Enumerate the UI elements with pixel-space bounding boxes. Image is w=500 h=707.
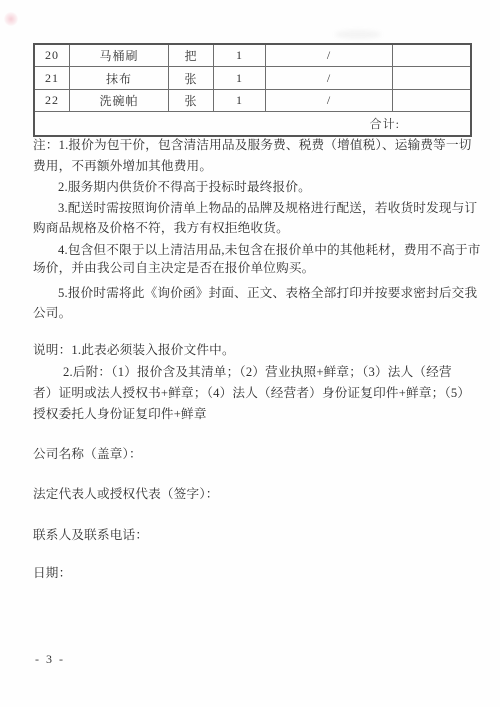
- table-cell: 抹布: [70, 67, 169, 90]
- text-line: 注：1.报价为包干价，包含清洁用品及服务费、税费（增值税）、运输费等一切: [33, 138, 472, 153]
- text-line: 公司名称（盖章）：: [33, 447, 142, 462]
- table-cell: 把: [169, 45, 214, 67]
- quotation-table: 20马桶刷把1/21抹布张1/22洗碗帕张1/ 合计:: [33, 43, 472, 137]
- table-total-row: 合计:: [35, 112, 470, 135]
- total-label: 合计:: [370, 115, 400, 132]
- table-cell: 马桶刷: [70, 45, 169, 67]
- text-line: 5.报价时需将此《询价函》封面、正文、表格全部打印并按要求密封后交我: [58, 286, 477, 301]
- page-number: - 3 -: [35, 652, 65, 667]
- text-line: 联系人及联系电话：: [33, 528, 148, 543]
- table-cell: 21: [35, 67, 70, 90]
- table-cell: 22: [35, 90, 70, 112]
- text-line: 者）证明或法人授权书+鲜章；（4）法人（经营者）身份证复印件+鲜章；（5）: [33, 386, 470, 401]
- table-cell: /: [266, 45, 393, 67]
- text-line: 购商品规格及价格不符，我方有权拒绝收货。: [33, 221, 289, 236]
- text-line: 2.后附：（1）报价含及其清单；（2）营业执照+鲜章；（3）法人（经营: [63, 365, 452, 380]
- document-page: 20马桶刷把1/21抹布张1/22洗碗帕张1/ 合计: 注：1.报价为包干价，包…: [0, 0, 500, 707]
- text-line: 费用，不再额外增加其他费用。: [33, 159, 212, 174]
- table-cell: 1: [214, 45, 266, 67]
- table-cell: 1: [214, 67, 266, 90]
- text-line: 说明：1.此表必须装入报价文件中。: [33, 343, 235, 358]
- red-stamp-fragment-icon: [4, 12, 18, 26]
- table-cell: 1: [214, 90, 266, 112]
- table-cell: [393, 45, 470, 67]
- text-line: 3.配送时需按照询价清单上物品的品牌及规格进行配送，若收货时发现与订: [58, 201, 477, 216]
- text-line: 4.包含但不限于以上清洁用品,未包含在报价单中的其他耗材，费用不高于市: [58, 243, 481, 258]
- table-cell: /: [266, 67, 393, 90]
- text-line: 日期：: [33, 566, 71, 581]
- table-cell: [393, 67, 470, 90]
- table-cell: [393, 90, 470, 112]
- text-line: 法定代表人或授权代表（签字）：: [33, 487, 219, 502]
- table-cell: 20: [35, 45, 70, 67]
- table-cell: /: [266, 90, 393, 112]
- table-cell: 张: [169, 67, 214, 90]
- table-cell: 张: [169, 90, 214, 112]
- text-line: 公司。: [33, 306, 71, 321]
- text-line: 场价，并由我公司自主决定是否在报价单位购买。: [33, 261, 314, 276]
- text-line: 授权委托人身份证复印件+鲜章: [33, 407, 207, 422]
- scan-smudge: [335, 30, 381, 39]
- table-cell: 洗碗帕: [70, 90, 169, 112]
- text-line: 2.服务期内供货价不得高于投标时最终报价。: [58, 180, 311, 195]
